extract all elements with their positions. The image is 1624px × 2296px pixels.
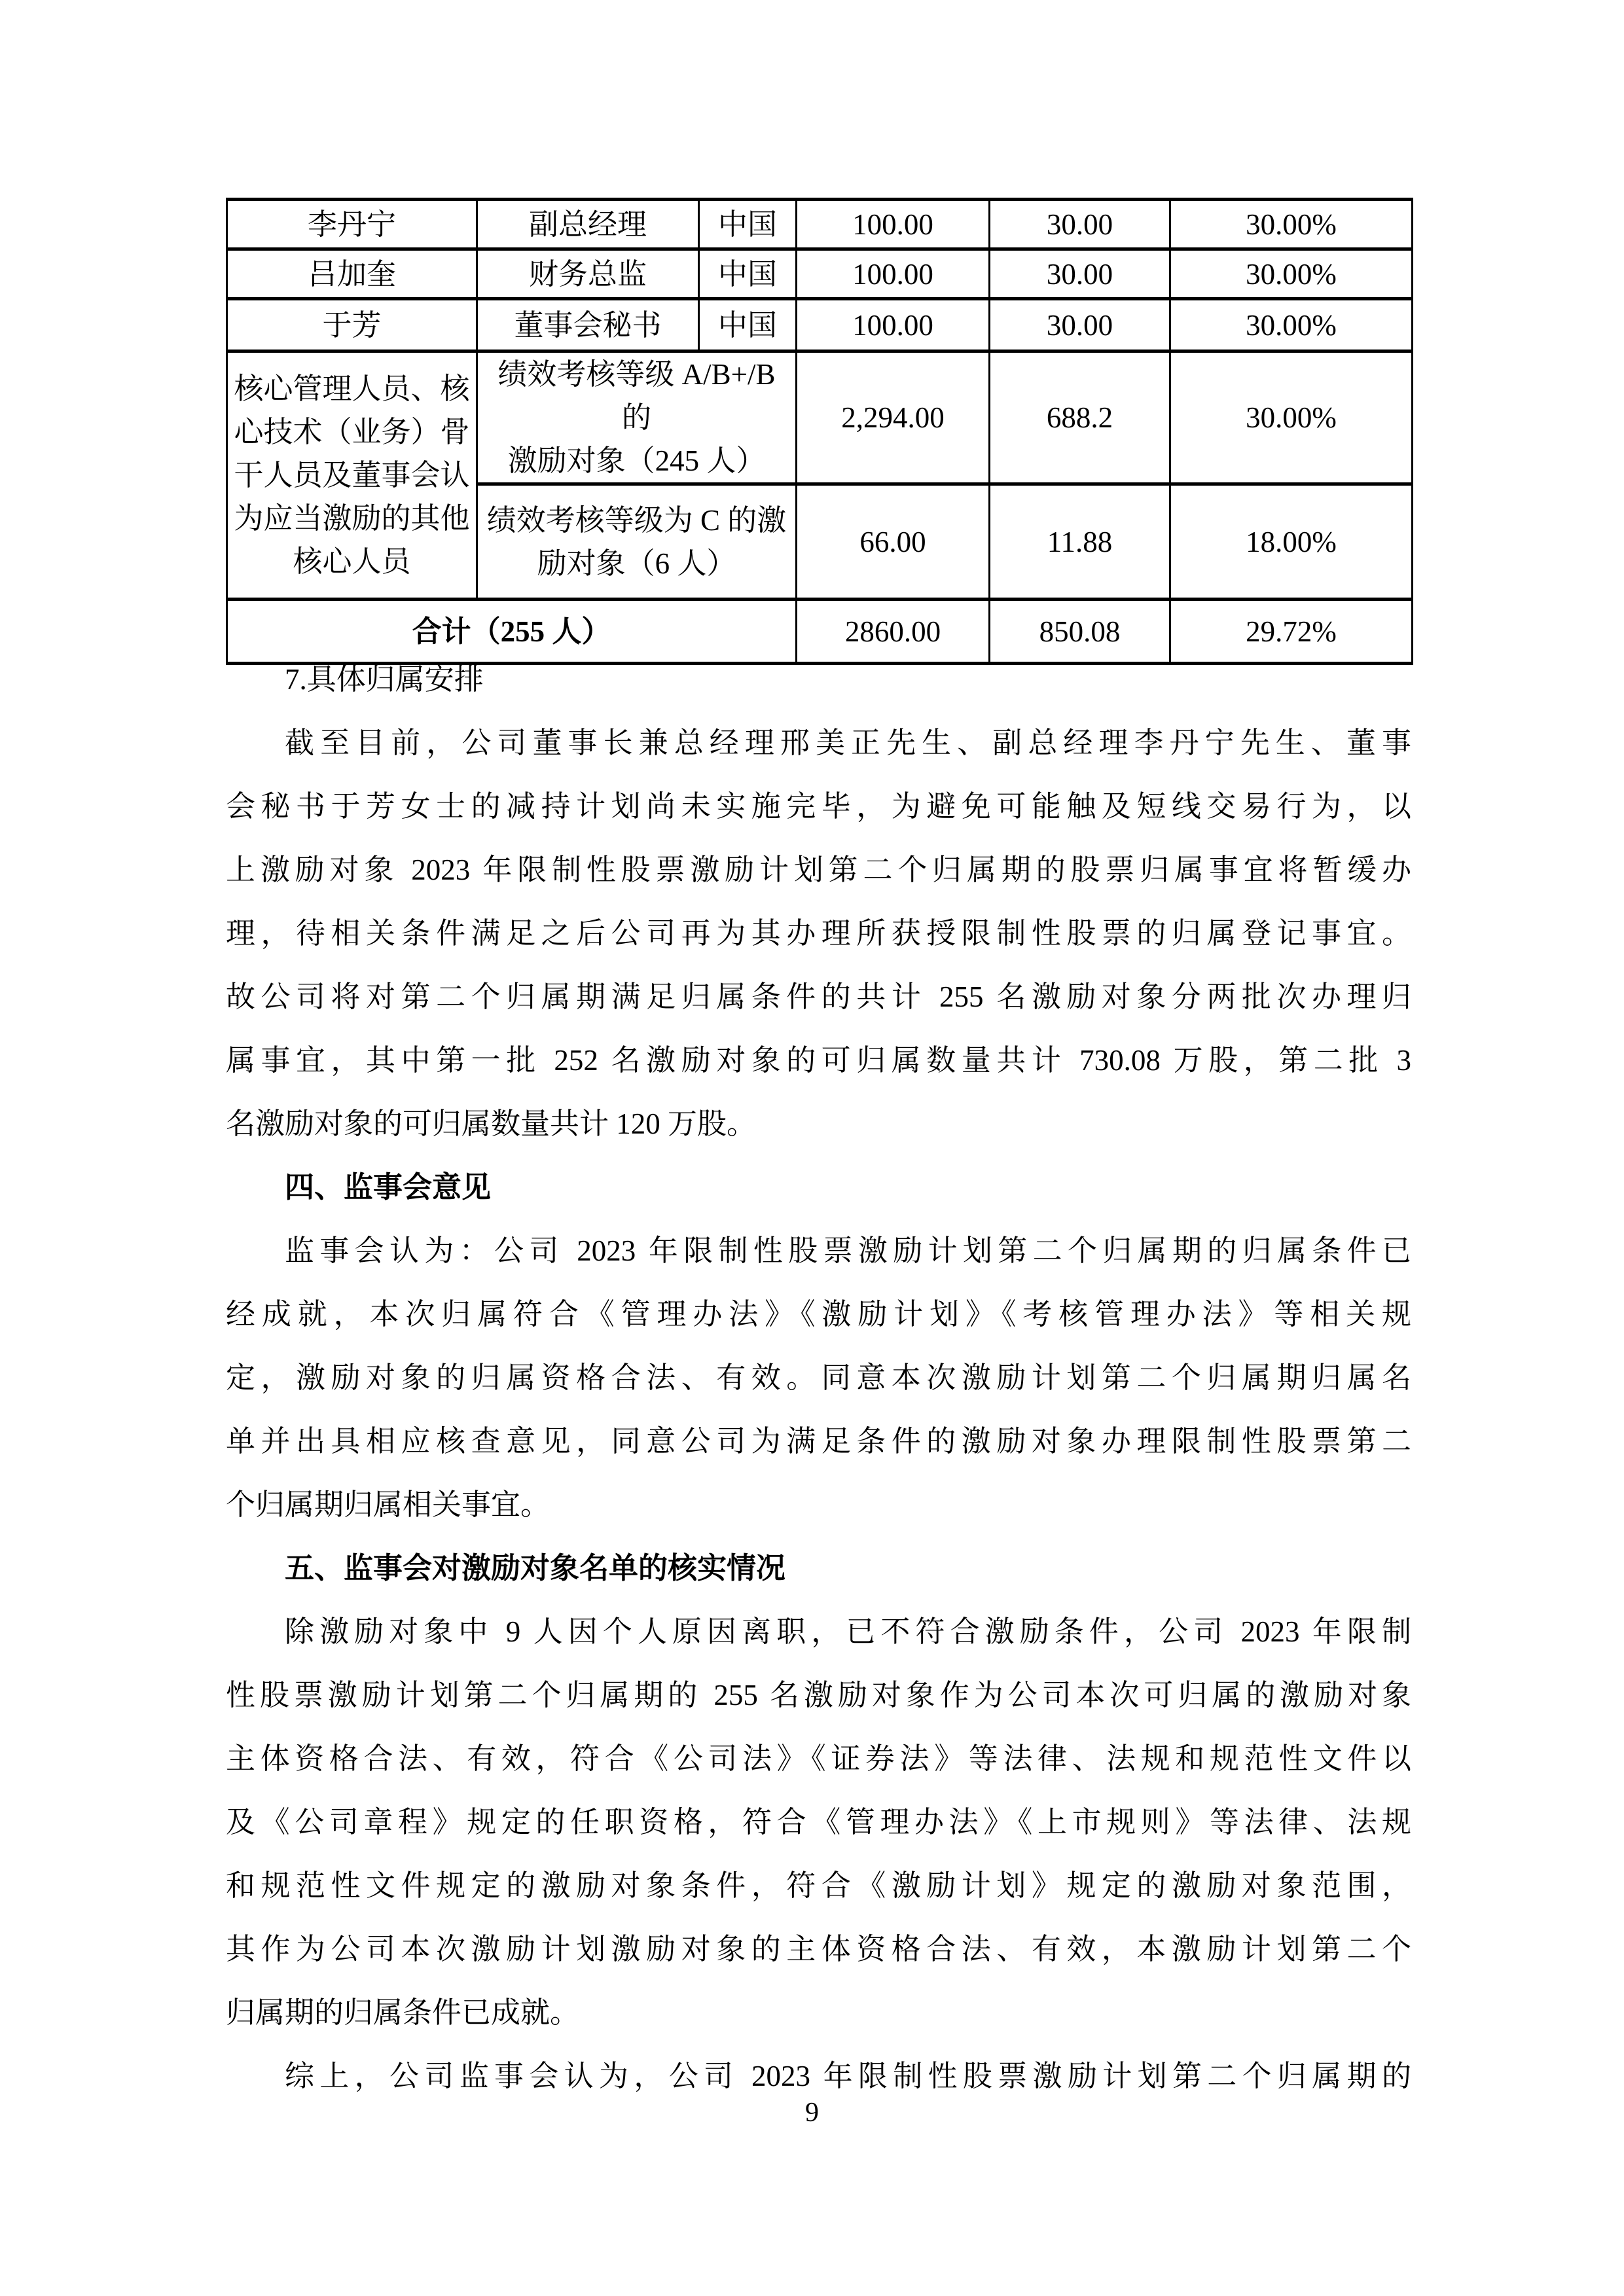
cell-granted: 100.00 — [797, 299, 990, 351]
body-line: 和规范性文件规定的激励对象条件，符合《激励计划》规定的激励对象范围， — [226, 1854, 1411, 1918]
cell-name: 李丹宁 — [227, 200, 477, 249]
cell-nationality: 中国 — [699, 299, 797, 351]
body-line: 个归属期归属相关事宜。 — [226, 1473, 1411, 1537]
body-line: 性股票激励计划第二个归属期的 255 名激励对象作为公司本次可归属的激励对象 — [226, 1664, 1411, 1727]
cell-position: 财务总监 — [477, 249, 699, 299]
body-line: 其作为公司本次激励计划激励对象的主体资格合法、有效，本激励计划第二个 — [226, 1918, 1411, 1981]
cell-position: 董事会秘书 — [477, 299, 699, 351]
cell-granted: 100.00 — [797, 249, 990, 299]
cell-ratio: 30.00% — [1170, 249, 1413, 299]
body-line: 除激励对象中 9 人因个人原因离职，已不符合激励条件，公司 2023 年限制 — [226, 1600, 1411, 1664]
body-line: 单并出具相应核查意见，同意公司为满足条件的激励对象办理限制性股票第二 — [226, 1410, 1411, 1473]
cell-granted: 66.00 — [797, 484, 990, 600]
subheading-vesting-arrangement: 7.具体归属安排 — [226, 648, 1411, 711]
body-line: 经成就，本次归属符合《管理办法》《激励计划》《考核管理办法》等相关规 — [226, 1283, 1411, 1346]
cell-ratio: 30.00% — [1170, 351, 1413, 484]
body-line: 会秘书于芳女士的减持计划尚未实施完毕，为避免可能触及短线交易行为，以 — [226, 775, 1411, 838]
cell-ratio: 30.00% — [1170, 200, 1413, 249]
body-line: 监事会认为：公司 2023 年限制性股票激励计划第二个归属期的归属条件已 — [226, 1219, 1411, 1283]
body-line: 截至目前，公司董事长兼总经理邢美正先生、副总经理李丹宁先生、董事 — [226, 711, 1411, 775]
cell-granted: 2,294.00 — [797, 351, 990, 484]
body-line: 理，待相关条件满足之后公司再为其办理所获授限制性股票的归属登记事宜。 — [226, 902, 1411, 965]
cell-performance-grade: 绩效考核等级为 C 的激 励对象（6 人） — [477, 484, 797, 600]
cell-vestable: 30.00 — [990, 249, 1170, 299]
incentive-vesting-table: 李丹宁 副总经理 中国 100.00 30.00 30.00% 吕加奎 财务总监… — [226, 198, 1413, 665]
cell-name: 于芳 — [227, 299, 477, 351]
cell-name: 吕加奎 — [227, 249, 477, 299]
cell-vestable: 11.88 — [990, 484, 1170, 600]
table-row: 李丹宁 副总经理 中国 100.00 30.00 30.00% — [227, 200, 1413, 249]
cell-nationality: 中国 — [699, 200, 797, 249]
table-row: 核心管理人员、核 心技术（业务）骨 干人员及董事会认 为应当激励的其他 核心人员… — [227, 351, 1413, 484]
cell-position: 副总经理 — [477, 200, 699, 249]
section-heading-name-verification: 五、监事会对激励对象名单的核实情况 — [226, 1537, 1411, 1600]
document-page: 李丹宁 副总经理 中国 100.00 30.00 30.00% 吕加奎 财务总监… — [0, 0, 1624, 2296]
body-line: 定，激励对象的归属资格合法、有效。同意本次激励计划第二个归属期归属名 — [226, 1346, 1411, 1410]
body-line: 主体资格合法、有效，符合《公司法》《证券法》等法律、法规和规范性文件以 — [226, 1727, 1411, 1791]
cell-vestable: 30.00 — [990, 200, 1170, 249]
cell-ratio: 30.00% — [1170, 299, 1413, 351]
cell-ratio: 18.00% — [1170, 484, 1413, 600]
body-line: 属事宜，其中第一批 252 名激励对象的可归属数量共计 730.08 万股，第二… — [226, 1029, 1411, 1092]
body-line: 名激励对象的可归属数量共计 120 万股。 — [226, 1092, 1411, 1156]
cell-nationality: 中国 — [699, 249, 797, 299]
cell-vestable: 30.00 — [990, 299, 1170, 351]
cell-granted: 100.00 — [797, 200, 990, 249]
body-line: 归属期的归属条件已成就。 — [226, 1981, 1411, 2045]
body-line: 上激励对象 2023 年限制性股票激励计划第二个归属期的股票归属事宜将暂缓办 — [226, 838, 1411, 902]
table-row: 于芳 董事会秘书 中国 100.00 30.00 30.00% — [227, 299, 1413, 351]
cell-vestable: 688.2 — [990, 351, 1170, 484]
cell-category: 核心管理人员、核 心技术（业务）骨 干人员及董事会认 为应当激励的其他 核心人员 — [227, 351, 477, 600]
table-row: 吕加奎 财务总监 中国 100.00 30.00 30.00% — [227, 249, 1413, 299]
body-line: 故公司将对第二个归属期满足归属条件的共计 255 名激励对象分两批次办理归 — [226, 965, 1411, 1029]
cell-performance-grade: 绩效考核等级 A/B+/B 的 激励对象（245 人） — [477, 351, 797, 484]
body-line: 及《公司章程》规定的任职资格，符合《管理办法》《上市规则》等法律、法规 — [226, 1791, 1411, 1854]
section-heading-supervisory-opinion: 四、监事会意见 — [226, 1156, 1411, 1219]
body-text: 7.具体归属安排 截至目前，公司董事长兼总经理邢美正先生、副总经理李丹宁先生、董… — [226, 648, 1411, 2108]
page-number: 9 — [0, 2093, 1624, 2132]
